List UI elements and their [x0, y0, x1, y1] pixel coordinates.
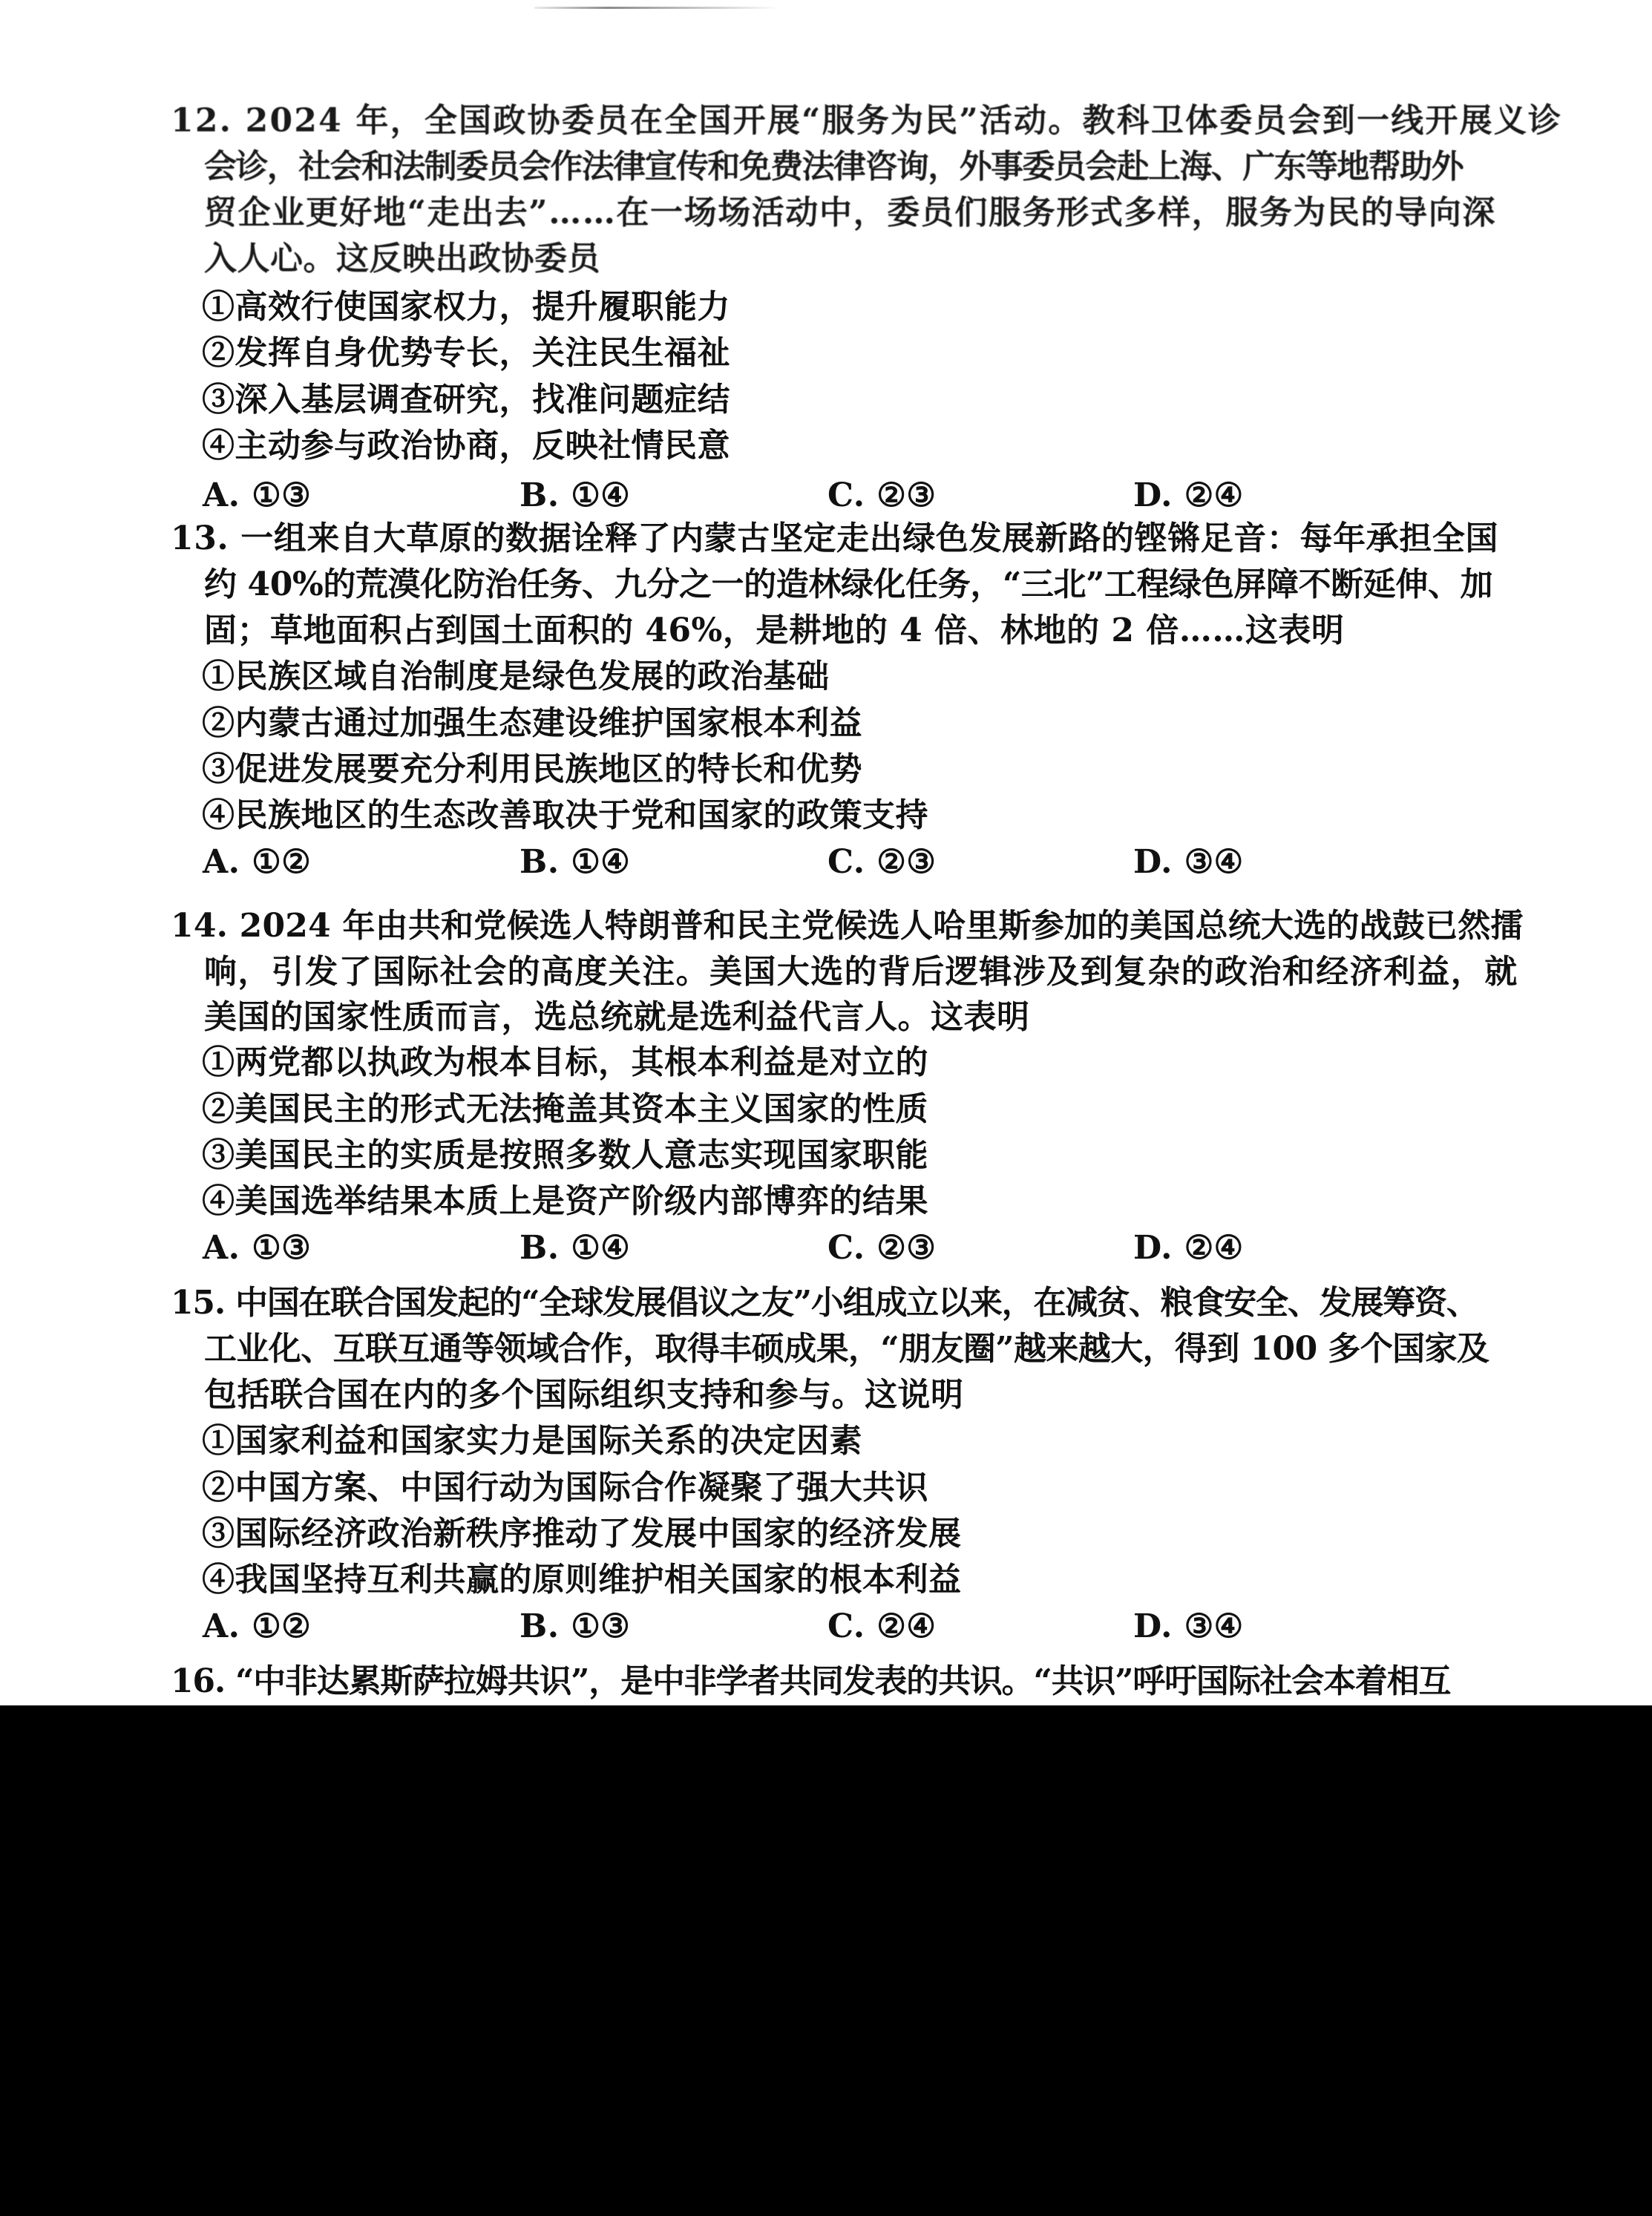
question-stem-line: 包括联合国在内的多个国际组织支持和参与。这说明	[204, 1374, 964, 1416]
statement-option: ④美国选举结果本质上是资产阶级内部博弈的结果	[202, 1181, 928, 1222]
question-stem-line: 美国的国家性质而言，选总统就是选利益代言人。这表明	[204, 997, 1030, 1038]
statement-option: ①民族区域自治制度是绿色发展的政治基础	[202, 656, 830, 698]
statement-option: ②发挥自身优势专长，关注民生福祉	[202, 332, 730, 374]
question-stem-line: 14. 2024 年由共和党候选人特朗普和民主党候选人哈里斯参加的美国总统大选的…	[171, 905, 1524, 947]
choice-b[interactable]: B. ①③	[519, 1606, 630, 1648]
choice-c[interactable]: C. ②③	[827, 475, 936, 517]
statement-option: ③美国民主的实质是按照多数人意志实现国家职能	[202, 1135, 928, 1176]
question-stem-line: 贸企业更好地“走出去”……在一场场活动中，委员们服务形式多样，服务为民的导向深	[204, 192, 1496, 234]
choice-b[interactable]: B. ①④	[519, 475, 630, 517]
statement-option: ②中国方案、中国行动为国际合作凝聚了强大共识	[202, 1467, 928, 1509]
question-stem-line: 入人心。这反映出政协委员	[204, 238, 600, 280]
statement-option: ③国际经济政治新秩序推动了发展中国家的经济发展	[202, 1513, 962, 1555]
statement-option: ④我国坚持互利共赢的原则维护相关国家的根本利益	[202, 1559, 962, 1601]
question-stem-line: 12. 2024 年，全国政协委员在全国开展“服务为民”活动。教科卫体委员会到一…	[171, 100, 1562, 142]
choice-c[interactable]: C. ②④	[827, 1606, 936, 1648]
statement-option: ②美国民主的形式无法掩盖其资本主义国家的性质	[202, 1089, 928, 1130]
question-stem-line: 固；草地面积占到国土面积的 46%，是耕地的 4 倍、林地的 2 倍……这表明	[204, 610, 1344, 652]
statement-option: ④民族地区的生态改善取决于党和国家的政策支持	[202, 795, 928, 836]
statement-option: ①国家利益和国家实力是国际关系的决定因素	[202, 1420, 862, 1462]
redacted-black-area	[0, 1705, 1652, 2216]
exam-page: 12. 2024 年，全国政协委员在全国开展“服务为民”活动。教科卫体委员会到一…	[0, 0, 1652, 1705]
statement-option: ①两党都以执政为根本目标，其根本利益是对立的	[202, 1042, 928, 1084]
question-stem-line: 15. 中国在联合国发起的“全球发展倡议之友”小组成立以来，在减贫、粮食安全、发…	[171, 1282, 1478, 1324]
choice-d[interactable]: D. ③④	[1133, 1606, 1244, 1648]
choice-d[interactable]: D. ②④	[1133, 475, 1244, 517]
choice-a[interactable]: A. ①②	[203, 1606, 311, 1648]
statement-option: ②内蒙古通过加强生态建设维护国家根本利益	[202, 703, 862, 744]
choice-c[interactable]: C. ②③	[827, 1227, 936, 1269]
choice-a[interactable]: A. ①③	[203, 1227, 311, 1269]
question-stem-line: 工业化、互联互通等领域合作，取得丰硕成果，“朋友圈”越来越大，得到 100 多个…	[204, 1328, 1489, 1370]
statement-option: ④主动参与政治协商，反映社情民意	[202, 425, 730, 467]
question-stem-line: 会诊，社会和法制委员会作法律宣传和免费法律咨询，外事委员会赴上海、广东等地帮助外	[204, 146, 1463, 188]
scan-artifact-line	[534, 7, 779, 9]
question-stem-line: 13. 一组来自大草原的数据诠释了内蒙古坚定走出绿色发展新路的铿锵足音：每年承担…	[171, 518, 1498, 560]
question-stem-line: 16. “中非达累斯萨拉姆共识”，是中非学者共同发表的共识。“共识”呼吁国际社会…	[171, 1661, 1450, 1702]
statement-option: ③促进发展要充分利用民族地区的特长和优势	[202, 749, 862, 790]
question-stem-line: 约 40%的荒漠化防治任务、九分之一的造林绿化任务，“三北”工程绿色屏障不断延伸…	[204, 564, 1492, 606]
choice-d[interactable]: D. ③④	[1133, 842, 1244, 883]
question-stem-line: 响，引发了国际社会的高度关注。美国大选的背后逻辑涉及到复杂的政治和经济利益，就	[204, 951, 1518, 993]
choice-b[interactable]: B. ①④	[519, 1227, 630, 1269]
choice-b[interactable]: B. ①④	[519, 842, 630, 883]
choice-d[interactable]: D. ②④	[1133, 1227, 1244, 1269]
choice-a[interactable]: A. ①②	[203, 842, 311, 883]
choice-a[interactable]: A. ①③	[203, 475, 311, 517]
statement-option: ③深入基层调查研究，找准问题症结	[202, 379, 730, 421]
statement-option: ①高效行使国家权力，提升履职能力	[202, 286, 730, 328]
choice-c[interactable]: C. ②③	[827, 842, 936, 883]
